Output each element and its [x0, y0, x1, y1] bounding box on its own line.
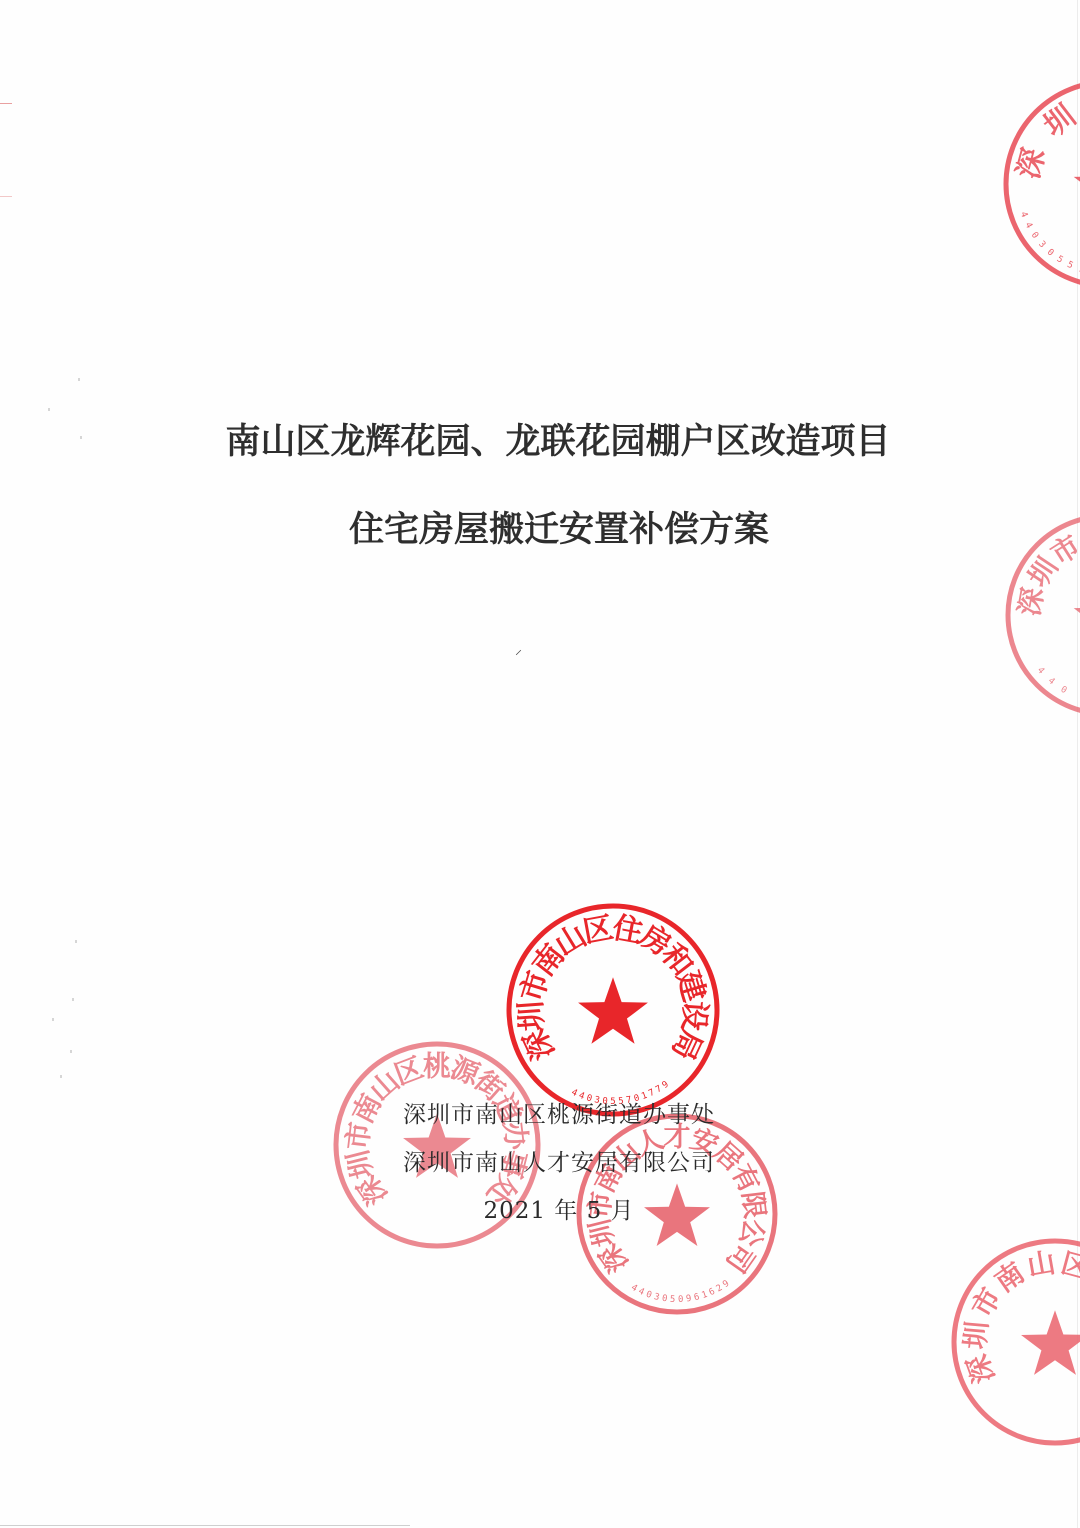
right-edge-seal-bottom: 深圳市南山区桃 [950, 1237, 1080, 1447]
right-edge-seal-top: 深圳市440305570 [1002, 78, 1080, 290]
scan-dust [48, 408, 50, 411]
svg-text:5: 5 [1065, 260, 1074, 271]
svg-text:4: 4 [1022, 221, 1033, 230]
svg-text:5: 5 [670, 1295, 676, 1305]
svg-text:深: 深 [960, 1350, 1001, 1388]
svg-text:山: 山 [1025, 1246, 1058, 1283]
svg-text:0: 0 [661, 1294, 668, 1305]
document-title-line-2: 住宅房屋搬迁安置补偿方案 [0, 502, 1080, 552]
scan-edge-mark [0, 103, 12, 104]
svg-text:9: 9 [721, 1279, 731, 1290]
issue-date: 2021 年 5 月 [0, 1192, 1080, 1225]
scan-dust [70, 1050, 72, 1053]
svg-text:3: 3 [653, 1292, 661, 1303]
svg-text:9: 9 [661, 1080, 671, 1091]
svg-text:圳: 圳 [959, 1320, 994, 1351]
document-page: 南山区龙辉花园、龙联花园棚户区改造项目 住宅房屋搬迁安置补偿方案 ⸝ 深圳市南山… [0, 0, 1080, 1528]
svg-text:区: 区 [1058, 1246, 1080, 1285]
svg-text:1: 1 [700, 1290, 708, 1301]
svg-text:6: 6 [693, 1292, 701, 1303]
svg-text:深: 深 [1011, 145, 1053, 183]
svg-text:4: 4 [1046, 676, 1057, 687]
stray-ink-mark: ⸝ [515, 640, 522, 659]
scan-dust [52, 1018, 54, 1021]
svg-text:0: 0 [1059, 685, 1069, 696]
svg-text:0: 0 [645, 1290, 653, 1301]
scan-dust [72, 998, 74, 1001]
document-title-line-1: 南山区龙辉花园、龙联花园棚户区改造项目 [0, 414, 1080, 464]
issuer-street-office: 深圳市南山区桃源街道办事处 [0, 1096, 1080, 1129]
svg-text:5: 5 [1055, 254, 1065, 265]
svg-text:0: 0 [1045, 247, 1056, 258]
scan-edge-mark [0, 196, 12, 197]
right-edge-seal-middle: 深圳市南山440 [1004, 512, 1080, 718]
svg-text:4: 4 [637, 1287, 646, 1298]
svg-text:4: 4 [1035, 666, 1046, 677]
svg-text:0: 0 [1029, 231, 1040, 241]
issuer-housing-company: 深圳市南山人才安居有限公司 [0, 1144, 1080, 1177]
svg-text:9: 9 [685, 1294, 692, 1305]
svg-text:4: 4 [1018, 211, 1029, 220]
scan-dust [75, 940, 77, 943]
svg-text:3: 3 [1036, 239, 1047, 250]
scan-bottom-edge [0, 1525, 410, 1526]
scan-dust [60, 1075, 62, 1078]
svg-text:0: 0 [678, 1295, 684, 1305]
scan-dust [78, 378, 80, 381]
